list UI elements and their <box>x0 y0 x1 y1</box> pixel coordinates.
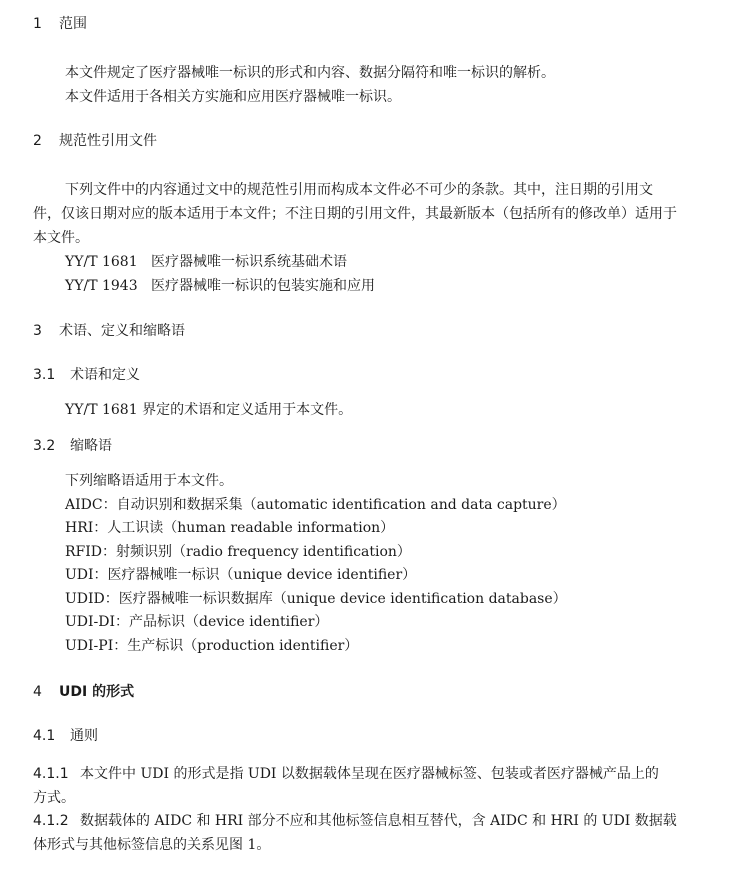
section-number: 3 <box>33 321 59 341</box>
section-title: 术语、定义和缩略语 <box>59 323 185 339</box>
section-4-1-heading: 4.1通则 <box>33 726 98 746</box>
clause-continuation: 方式。 <box>33 788 75 808</box>
clause-continuation: 体形式与其他标签信息的关系见图 1。 <box>33 835 270 855</box>
section-title: 范围 <box>59 16 87 32</box>
clause-number: 4.1.1 <box>33 764 80 784</box>
abbreviation-item: RFID：射频识别（radio frequency identification… <box>65 542 411 562</box>
section-number: 2 <box>33 131 59 151</box>
clause-number: 4.1.2 <box>33 811 80 831</box>
paragraph: YY/T 1681 界定的术语和定义适用于本文件。 <box>65 400 352 420</box>
reference-code: YY/T 1681 <box>65 254 138 270</box>
abbreviation-item: UDID：医疗器械唯一标识数据库（unique device identific… <box>65 589 567 609</box>
section-3-1-heading: 3.1术语和定义 <box>33 365 140 385</box>
abbreviation-item: UDI-PI：生产标识（production identifier） <box>65 636 358 656</box>
section-number: 4 <box>33 682 59 702</box>
abbreviation-item: HRI：人工识读（human readable information） <box>65 518 394 538</box>
reference-title: 医疗器械唯一标识的包装实施和应用 <box>151 278 375 294</box>
section-title: UDI 的形式 <box>59 684 134 700</box>
section-number: 4.1 <box>33 726 70 746</box>
paragraph: 本文件适用于各相关方实施和应用医疗器械唯一标识。 <box>65 87 401 107</box>
section-2-heading: 2规范性引用文件 <box>33 131 157 151</box>
paragraph: 下列缩略语适用于本文件。 <box>65 471 233 491</box>
section-number: 3.2 <box>33 436 70 456</box>
section-number: 3.1 <box>33 365 70 385</box>
reference-code: YY/T 1943 <box>65 278 138 294</box>
paragraph-line: 件，仅该日期对应的版本适用于本文件；不注日期的引用文件，其最新版本（包括所有的修… <box>33 204 677 224</box>
reference-title: 医疗器械唯一标识系统基础术语 <box>151 254 347 270</box>
section-1-heading: 1范围 <box>33 14 87 34</box>
section-title: 术语和定义 <box>70 367 140 383</box>
abbreviation-item: AIDC：自动识别和数据采集（automatic identification … <box>65 495 566 515</box>
clause-4-1-2: 4.1.2数据载体的 AIDC 和 HRI 部分不应和其他标签信息相互替代，含 … <box>33 811 677 831</box>
clause-4-1-1: 4.1.1本文件中 UDI 的形式是指 UDI 以数据载体呈现在医疗器械标签、包… <box>33 764 659 784</box>
section-number: 1 <box>33 14 59 34</box>
paragraph: 本文件规定了医疗器械唯一标识的形式和内容、数据分隔符和唯一标识的解析。 <box>65 63 555 83</box>
section-3-2-heading: 3.2缩略语 <box>33 436 112 456</box>
abbreviation-item: UDI：医疗器械唯一标识（unique device identifier） <box>65 565 416 585</box>
reference-item: YY/T 1943 医疗器械唯一标识的包装实施和应用 <box>65 276 375 296</box>
section-title: 通则 <box>70 728 98 744</box>
paragraph-line: 下列文件中的内容通过文中的规范性引用而构成本文件必不可少的条款。其中，注日期的引… <box>65 180 653 200</box>
section-3-heading: 3术语、定义和缩略语 <box>33 321 185 341</box>
paragraph-line: 本文件。 <box>33 228 89 248</box>
section-title: 缩略语 <box>70 438 112 454</box>
abbreviation-item: UDI-DI：产品标识（device identifier） <box>65 612 328 632</box>
reference-item: YY/T 1681 医疗器械唯一标识系统基础术语 <box>65 252 347 272</box>
clause-text: 数据载体的 AIDC 和 HRI 部分不应和其他标签信息相互替代，含 AIDC … <box>80 813 677 829</box>
section-4-heading: 4UDI 的形式 <box>33 682 134 702</box>
section-title: 规范性引用文件 <box>59 133 157 149</box>
clause-text: 本文件中 UDI 的形式是指 UDI 以数据载体呈现在医疗器械标签、包装或者医疗… <box>80 766 659 782</box>
